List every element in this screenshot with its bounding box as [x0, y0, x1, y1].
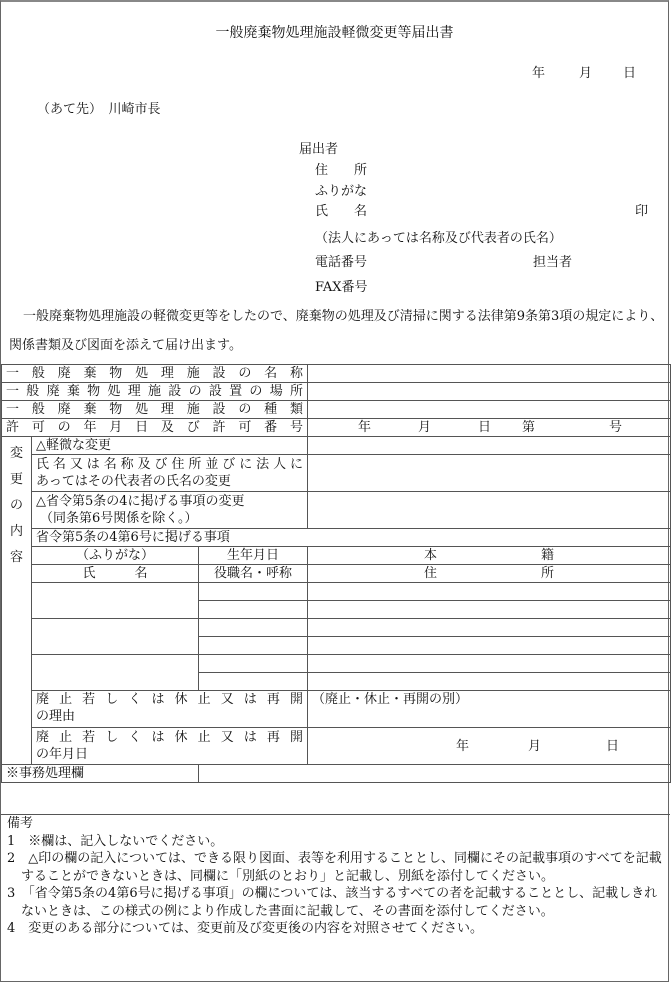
filer-furigana-label: ふりがな [315, 180, 367, 199]
permit-date-number-field[interactable]: 年 月 日 第 号 [308, 419, 671, 437]
label-line: △省令第5条の4に掲げる事項の変更 [36, 493, 303, 510]
facility-name-field[interactable] [308, 365, 671, 383]
facility-location-field[interactable] [308, 383, 671, 401]
abolish-reason-hint: （廃止・休止・再開の別） [312, 692, 468, 707]
vertical-char: の [6, 493, 27, 519]
date-year-label: 年 [532, 62, 545, 81]
fax-label: FAX番号 [315, 276, 368, 295]
filer-heading: 届出者 [299, 138, 338, 157]
permit-date-number-label: 許可の年月日及び許可番号 [2, 419, 308, 437]
note-item: 1 ※欄は、記入しないでください。 [7, 833, 664, 851]
person-1-birthdate-field[interactable] [199, 583, 308, 601]
person-2-birthdate-field[interactable] [199, 619, 308, 637]
notes-heading: 備考 [7, 815, 664, 833]
vertical-char: 容 [6, 545, 27, 571]
declaration-paragraph: 一般廃棄物処理施設の軽微変更等をしたので、廃棄物の処理及び清掃に関する法律第9条… [9, 302, 665, 360]
permit-go: 号 [609, 419, 622, 436]
person-3-address-field[interactable] [308, 673, 671, 691]
col-birthdate-header: 生年月日 [199, 547, 308, 565]
col-domicile-header: 本 籍 [308, 547, 671, 565]
corp-note: （法人にあっては名称及び代表者の氏名） [315, 227, 562, 246]
person-1-address-field[interactable] [308, 601, 671, 619]
abolish-reason-field[interactable]: （廃止・休止・再開の別） [308, 691, 671, 728]
name-address-change-field[interactable] [308, 455, 671, 492]
vertical-char: 更 [6, 467, 27, 493]
form-table: 一般廃棄物処理施設の名称 一般廃棄物処理施設の設置の場所 一般廃棄物処理施設の種… [1, 364, 671, 783]
person-1-title-field[interactable] [199, 601, 308, 619]
permit-dai: 第 [522, 419, 535, 436]
facility-type-label: 一般廃棄物処理施設の種類 [2, 401, 308, 419]
change-content-label: 変 更 の 内 容 [2, 437, 32, 765]
form-title: 一般廃棄物処理施設軽微変更等届出書 [1, 22, 668, 42]
abolish-year: 年 [456, 738, 469, 755]
article-item6-label: 省令第5条の4第6号に掲げる事項 [32, 529, 671, 547]
person-3-domicile-field[interactable] [308, 655, 671, 673]
label-line: の年月日 [36, 746, 303, 763]
col-furigana-header: （ふりがな） [32, 547, 199, 565]
person-2-name-field[interactable] [32, 619, 199, 655]
notes-section: 備考 1 ※欄は、記入しないでください。 2 △印の欄の記入については、できる限… [1, 814, 670, 938]
person-2-title-field[interactable] [199, 637, 308, 655]
filer-name-label: 氏 名 [315, 200, 367, 219]
note-item: 3 「省令第5条の4第6号に掲げる事項」の欄については、該当するすべての者を記載… [7, 885, 664, 920]
facility-type-field[interactable] [308, 401, 671, 419]
label-line: あってはその代表者の氏名の変更 [36, 473, 303, 490]
person-1-name-field[interactable] [32, 583, 199, 619]
col-title-header: 役職名・呼称 [199, 565, 308, 583]
label-line: （同条第6号関係を除く。） [36, 510, 303, 527]
permit-day: 日 [478, 419, 491, 436]
person-1-domicile-field[interactable] [308, 583, 671, 601]
date-day-label: 日 [623, 62, 636, 81]
minor-change-label: △軽微な変更 [32, 437, 308, 455]
abolish-month: 月 [528, 738, 541, 755]
date-month-label: 月 [579, 62, 592, 81]
label-line: 廃止若しくは休止又は再開 [36, 691, 303, 708]
note-item: 4 変更のある部分については、変更前及び変更後の内容を対照させてください。 [7, 920, 664, 938]
col-address-header: 住 所 [308, 565, 671, 583]
office-use-field [199, 765, 671, 783]
permit-year: 年 [358, 419, 371, 436]
office-use-label: ※事務処理欄 [2, 765, 199, 783]
form-page: 一般廃棄物処理施設軽微変更等届出書 年 月 日 （あて先） 川崎市長 届出者 住… [0, 0, 669, 982]
person-2-address-field[interactable] [308, 637, 671, 655]
minor-change-field[interactable] [308, 437, 671, 455]
person-in-charge-label: 担当者 [533, 251, 572, 270]
abolish-day: 日 [606, 738, 619, 755]
label-line: 氏名又は名称及び住所並びに法人に [36, 456, 303, 473]
vertical-char: 変 [6, 441, 27, 467]
article-change-label: △省令第5条の4に掲げる事項の変更 （同条第6号関係を除く。） [32, 492, 308, 529]
note-item: 2 △印の欄の記入については、できる限り図面、表等を利用することとし、同欄にその… [7, 850, 664, 885]
label-line: の理由 [36, 708, 303, 725]
person-3-title-field[interactable] [199, 673, 308, 691]
abolish-date-field[interactable]: 年 月 日 [308, 728, 671, 765]
facility-location-label: 一般廃棄物処理施設の設置の場所 [2, 383, 308, 401]
vertical-char: 内 [6, 519, 27, 545]
person-2-domicile-field[interactable] [308, 619, 671, 637]
phone-label: 電話番号 [315, 251, 367, 270]
filer-address-label: 住 所 [315, 159, 367, 178]
article-change-field[interactable] [308, 492, 671, 529]
col-name-header: 氏 名 [32, 565, 199, 583]
seal-label: 印 [635, 200, 648, 219]
permit-month: 月 [418, 419, 431, 436]
addressee: （あて先） 川崎市長 [37, 98, 161, 117]
label-line: 廃止若しくは休止又は再開 [36, 729, 303, 746]
abolish-reason-label: 廃止若しくは休止又は再開 の理由 [32, 691, 308, 728]
facility-name-label: 一般廃棄物処理施設の名称 [2, 365, 308, 383]
person-3-birthdate-field[interactable] [199, 655, 308, 673]
name-address-change-label: 氏名又は名称及び住所並びに法人に あってはその代表者の氏名の変更 [32, 455, 308, 492]
abolish-date-label: 廃止若しくは休止又は再開 の年月日 [32, 728, 308, 765]
person-3-name-field[interactable] [32, 655, 199, 691]
